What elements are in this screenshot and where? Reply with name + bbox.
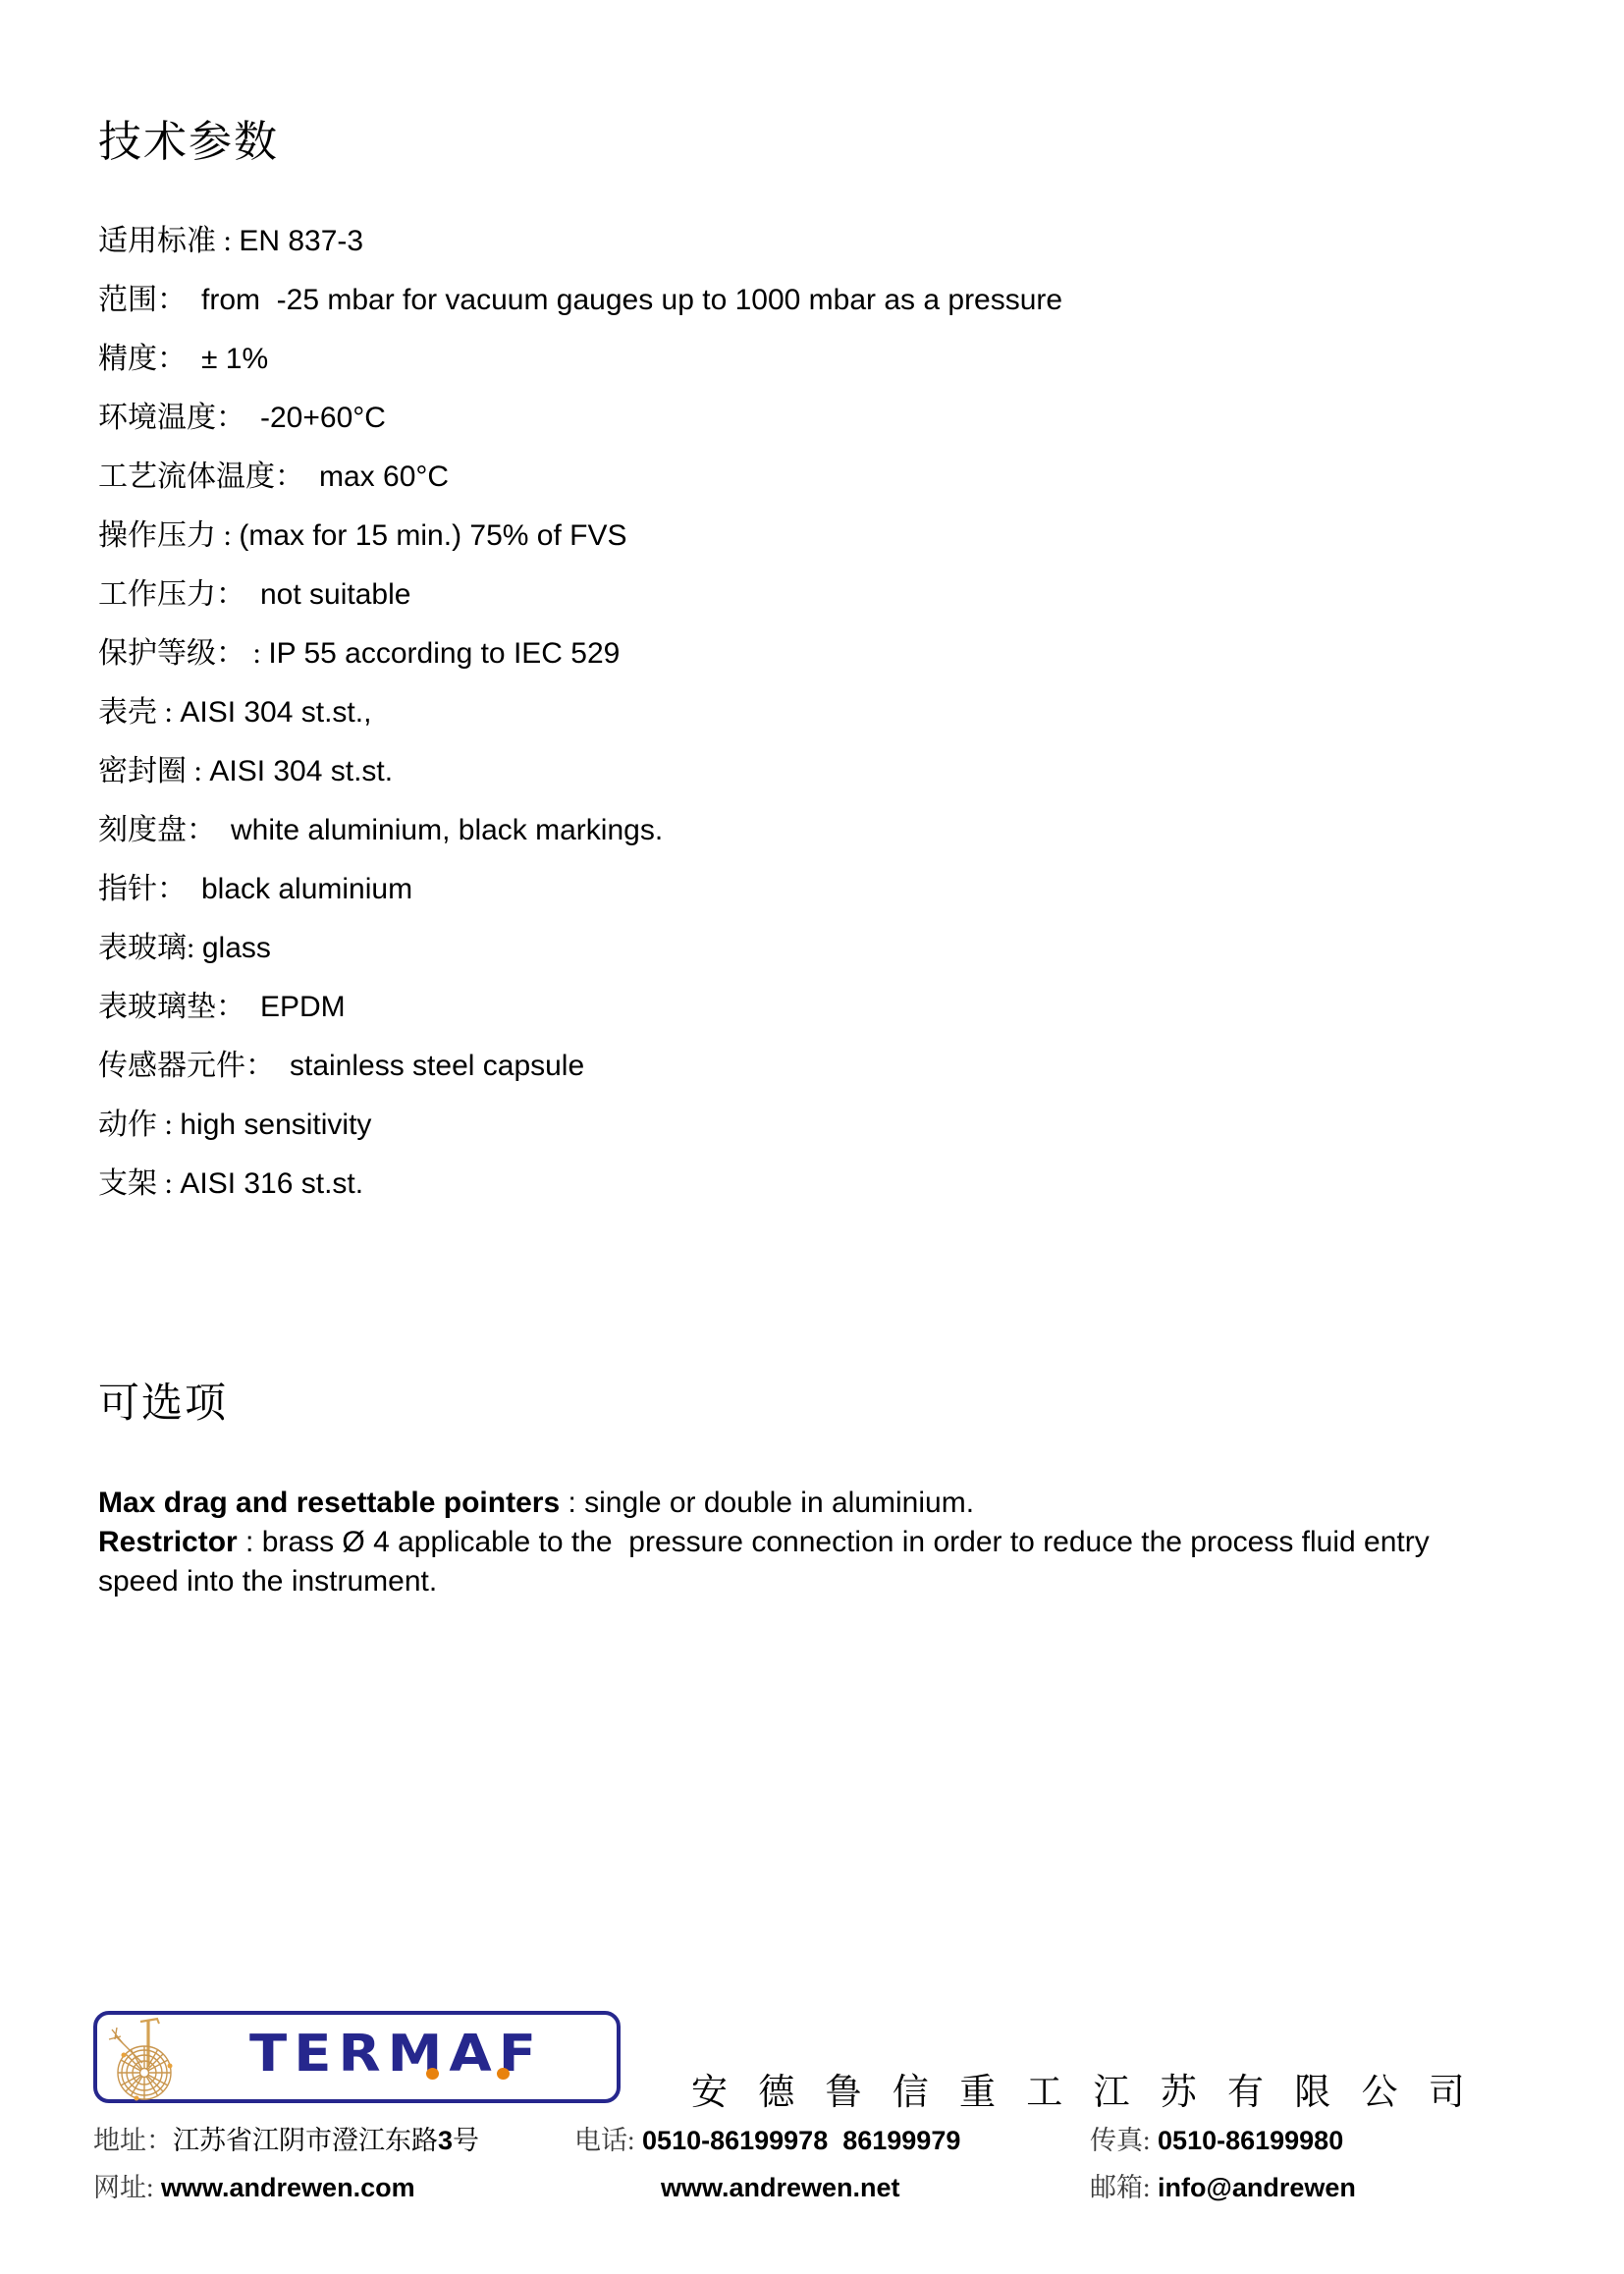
spec-row: 精度： ± 1% xyxy=(98,330,1545,389)
spec-value: EPDM xyxy=(260,991,346,1023)
spec-label: 适用标准 : xyxy=(98,225,239,257)
spec-label: 精度： xyxy=(98,343,201,375)
fax-cell: 传真: 0510-86199980 xyxy=(1090,2119,1531,2157)
address-label: 地址： xyxy=(93,2126,173,2155)
spec-label: 刻度盘： xyxy=(98,814,231,846)
spec-label: 工作压力： xyxy=(98,578,260,611)
logo-wordmark: TERMAF xyxy=(186,2029,607,2084)
spec-value: not suitable xyxy=(260,578,410,611)
page-title: 技术参数 xyxy=(98,106,1545,169)
spec-row: 表玻璃: glass xyxy=(98,919,1545,978)
options-section-title: 可选项 xyxy=(98,1371,1545,1430)
spec-label: 环境温度： xyxy=(98,402,260,434)
logo-orange-dot-m xyxy=(426,2068,439,2080)
spec-value: EN 837-3 xyxy=(239,225,363,257)
option-text: : brass Ø 4 applicable to the pressure c… xyxy=(98,1526,1437,1597)
footer: TERMAF 安 德 鲁 信 重 工 江 苏 有 限 公 司 地址：江苏省江阴市… xyxy=(93,2011,1531,2204)
spec-label: 动作 : xyxy=(98,1109,180,1141)
spec-row: 动作 : high sensitivity xyxy=(98,1096,1545,1155)
spec-label: 工艺流体温度： xyxy=(98,460,319,493)
spec-label: 传感器元件： xyxy=(98,1050,290,1082)
spec-row: 适用标准 : EN 837-3 xyxy=(98,212,1545,271)
option-item: Restrictor : brass Ø 4 applicable to the… xyxy=(98,1523,1473,1601)
option-lead: Restrictor xyxy=(98,1526,238,1558)
spec-label: 表壳 : xyxy=(98,696,180,729)
phone-value: 0510-86199978 86199979 xyxy=(642,2126,960,2155)
email-label: 邮箱: xyxy=(1090,2173,1151,2202)
spec-row: 操作压力 : (max for 15 min.) 75% of FVS xyxy=(98,507,1545,566)
spec-label: 指针： xyxy=(98,873,201,905)
spec-value: glass xyxy=(202,932,271,964)
spec-value: stainless steel capsule xyxy=(290,1050,584,1082)
address-cell: 地址：江苏省江阴市澄江东路3号 xyxy=(93,2119,574,2157)
antique-wheel-icon xyxy=(103,2010,186,2104)
spec-label: 支架 : xyxy=(98,1167,180,1200)
website2-cell: www.andrewen.net xyxy=(574,2173,1090,2203)
spec-value: from -25 mbar for vacuum gauges up to 10… xyxy=(201,284,1062,316)
spec-value: AISI 316 st.st. xyxy=(180,1167,363,1200)
document-content: 技术参数 适用标准 : EN 837-3范围： from -25 mbar fo… xyxy=(98,106,1545,1601)
spec-label: 保护等级： : xyxy=(98,637,268,670)
spec-row: 指针： black aluminium xyxy=(98,860,1545,919)
address-value: 江苏省江阴市澄江东路 xyxy=(173,2126,438,2155)
option-lead: Max drag and resettable pointers xyxy=(98,1487,560,1519)
termaf-logo: TERMAF xyxy=(93,2011,621,2103)
spec-row: 密封圈 : AISI 304 st.st. xyxy=(98,742,1545,801)
spec-label: 范围： xyxy=(98,284,201,316)
spec-row: 工艺流体温度： max 60°C xyxy=(98,448,1545,507)
spec-value: (max for 15 min.) 75% of FVS xyxy=(239,519,626,552)
spec-row: 支架 : AISI 316 st.st. xyxy=(98,1155,1545,1214)
spec-value: high sensitivity xyxy=(180,1109,371,1141)
spec-label: 密封圈 : xyxy=(98,755,209,787)
phone-label: 电话: xyxy=(574,2126,635,2155)
email-value: info@andrewen xyxy=(1158,2173,1356,2202)
spec-row: 刻度盘： white aluminium, black markings. xyxy=(98,801,1545,860)
option-text: : single or double in aluminium. xyxy=(560,1487,974,1519)
email-cell: 邮箱: info@andrewen xyxy=(1090,2166,1531,2204)
website-cell: 网址: www.andrewen.com xyxy=(93,2166,574,2204)
option-item: Max drag and resettable pointers : singl… xyxy=(98,1484,1473,1523)
spec-value: IP 55 according to IEC 529 xyxy=(268,637,620,670)
brand-row: TERMAF 安 德 鲁 信 重 工 江 苏 有 限 公 司 xyxy=(93,2011,1531,2103)
spec-label: 操作压力 : xyxy=(98,519,239,552)
spec-row: 传感器元件： stainless steel capsule xyxy=(98,1037,1545,1096)
fax-value: 0510-86199980 xyxy=(1158,2126,1343,2155)
spec-value: -20+60°C xyxy=(260,402,386,434)
contact-info: 地址：江苏省江阴市澄江东路3号 电话: 0510-86199978 861999… xyxy=(93,2119,1531,2204)
spec-row: 范围： from -25 mbar for vacuum gauges up t… xyxy=(98,271,1545,330)
company-name: 安 德 鲁 信 重 工 江 苏 有 限 公 司 xyxy=(691,2062,1476,2115)
options-paragraph: Max drag and resettable pointers : singl… xyxy=(98,1484,1473,1601)
address-number: 3 xyxy=(438,2126,453,2155)
spec-row: 环境温度： -20+60°C xyxy=(98,389,1545,448)
phone-cell: 电话: 0510-86199978 86199979 xyxy=(574,2119,1090,2157)
spec-value: white aluminium, black markings. xyxy=(231,814,663,846)
web-value-net: www.andrewen.net xyxy=(661,2173,900,2202)
fax-label: 传真: xyxy=(1090,2126,1151,2155)
spec-label: 表玻璃垫： xyxy=(98,991,260,1023)
spec-value: ± 1% xyxy=(201,343,268,375)
spec-label: 表玻璃: xyxy=(98,932,202,964)
spec-value: AISI 304 st.st. xyxy=(209,755,393,787)
spec-list: 适用标准 : EN 837-3范围： from -25 mbar for vac… xyxy=(98,212,1545,1214)
spec-row: 表壳 : AISI 304 st.st., xyxy=(98,683,1545,742)
spec-value: black aluminium xyxy=(201,873,412,905)
spec-row: 工作压力： not suitable xyxy=(98,566,1545,624)
spec-row: 保护等级： : IP 55 according to IEC 529 xyxy=(98,624,1545,683)
spec-row: 表玻璃垫： EPDM xyxy=(98,978,1545,1037)
spec-value: max 60°C xyxy=(319,460,449,493)
address-suffix: 号 xyxy=(453,2126,479,2155)
web-label: 网址: xyxy=(93,2173,154,2202)
spec-sheet-page: { "doc": { "title": "技术参数", "specs": [ {… xyxy=(0,0,1624,2274)
web-value-com: www.andrewen.com xyxy=(161,2173,415,2202)
spec-value: AISI 304 st.st., xyxy=(180,696,371,729)
